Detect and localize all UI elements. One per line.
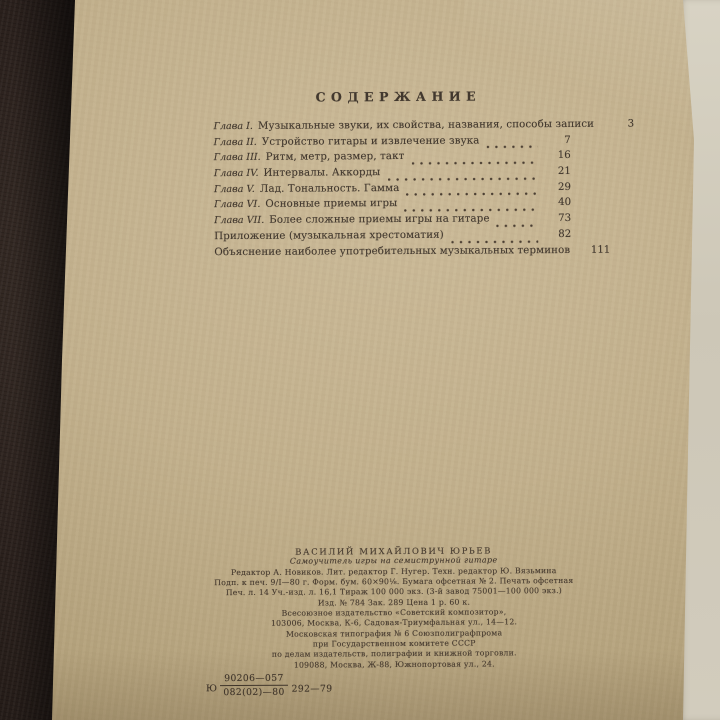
toc-page-number: 82 bbox=[547, 229, 571, 240]
colophon-line: 109088, Москва, Ж-88, Южнопортовая ул., … bbox=[197, 659, 592, 672]
toc-page-number: 40 bbox=[547, 197, 571, 208]
colophon-line: Изд. № 784 Зак. 289 Цена 1 р. 60 к. bbox=[196, 597, 591, 610]
toc-row: Глава I. Музыкальные звуки, их свойства,… bbox=[214, 119, 571, 137]
toc-chapter-label: Глава II. bbox=[214, 137, 257, 148]
colophon-author: ВАСИЛИЙ МИХАЙЛОВИЧ ЮРЬЕВ bbox=[196, 545, 591, 558]
toc-entry-title: Лад. Тональность. Гамма bbox=[260, 183, 400, 195]
toc-row: Глава III. Ритм, метр, размер, такт 16 bbox=[214, 150, 571, 168]
colophon-book-title: Самоучитель игры на семиструнной гитаре bbox=[196, 555, 591, 568]
toc-dot-leader bbox=[411, 161, 537, 165]
toc-chapter-label: Глава VII. bbox=[214, 215, 264, 226]
colophon-line: Московская типография № 6 Союзполиграфпр… bbox=[197, 628, 592, 641]
page-corner-highlight bbox=[464, 0, 694, 150]
toc-dot-leader bbox=[497, 224, 539, 227]
toc-chapter-label: Глава IV. bbox=[214, 168, 259, 179]
catalog-code: Ю 90206—057 082(02)—80 292—79 bbox=[206, 672, 333, 698]
catalog-denominator: 082(02)—80 bbox=[220, 686, 287, 698]
table-of-contents: Глава I. Музыкальные звуки, их свойства,… bbox=[214, 119, 572, 262]
toc-row: Глава V. Лад. Тональность. Гамма 29 bbox=[214, 182, 571, 200]
page-content: СОДЕРЖАНИЕ Глава I. Музыкальные звуки, и… bbox=[0, 0, 720, 720]
toc-page-number: 3 bbox=[610, 119, 634, 130]
colophon-line: Печ. л. 14 Уч.-изд. л. 16,1 Тираж 100 00… bbox=[196, 586, 591, 599]
toc-row: Глава VII. Более сложные приемы игры на … bbox=[214, 213, 571, 231]
toc-page-number: 7 bbox=[547, 135, 571, 146]
catalog-fraction: 90206—057 082(02)—80 bbox=[220, 673, 287, 698]
colophon-line: Всесоюзное издательство «Советский компо… bbox=[197, 607, 592, 620]
catalog-suffix: 292—79 bbox=[292, 683, 333, 694]
toc-row: Приложение (музыкальная хрестоматия) 82 bbox=[214, 229, 571, 247]
catalog-numerator: 90206—057 bbox=[220, 673, 287, 686]
toc-chapter-label: Глава I. bbox=[214, 121, 253, 132]
toc-row: Объяснение наиболее употребительных музы… bbox=[214, 244, 571, 262]
toc-chapter-label: Глава III. bbox=[214, 152, 261, 163]
photo-of-book-page: СОДЕРЖАНИЕ Глава I. Музыкальные звуки, и… bbox=[0, 0, 720, 720]
toc-entry-title: Устройство гитары и извлечение звука bbox=[262, 135, 480, 147]
page-title: СОДЕРЖАНИЕ bbox=[238, 88, 558, 105]
toc-entry-title: Основные приемы игры bbox=[265, 198, 397, 210]
toc-dot-leader bbox=[406, 193, 538, 197]
contents-page: СОДЕРЖАНИЕ Глава I. Музыкальные звуки, и… bbox=[0, 0, 720, 720]
toc-dot-leader bbox=[387, 177, 537, 181]
toc-row: Глава VI. Основные приемы игры 40 bbox=[214, 197, 571, 215]
toc-entry-title: Интервалы. Аккорды bbox=[263, 167, 380, 179]
colophon-line: Подп. к печ. 9/I—80 г. Форм. бум. 60×90⅛… bbox=[196, 576, 591, 589]
toc-entry-title: Музыкальные звуки, их свойства, названия… bbox=[258, 119, 594, 132]
colophon-block: ВАСИЛИЙ МИХАЙЛОВИЧ ЮРЬЕВ Самоучитель игр… bbox=[196, 545, 592, 672]
colophon-line: при Государственном комитете СССР bbox=[197, 638, 592, 651]
toc-page-number: 29 bbox=[547, 182, 571, 193]
colophon-line: по делам издательств, полиграфии и книжн… bbox=[197, 648, 592, 661]
toc-chapter-label: Глава VI. bbox=[214, 199, 260, 210]
toc-page-number: 73 bbox=[547, 213, 571, 224]
toc-dot-leader bbox=[487, 146, 538, 149]
toc-chapter-label: Глава V. bbox=[214, 184, 255, 195]
toc-entry-title: Ритм, метр, размер, такт bbox=[266, 151, 405, 163]
toc-dot-leader bbox=[404, 208, 538, 212]
toc-page-number: 16 bbox=[547, 150, 571, 161]
catalog-prefix: Ю bbox=[206, 683, 217, 694]
toc-entry-title: Приложение (музыкальная хрестоматия) bbox=[214, 230, 444, 242]
colophon-line: Редактор А. Новиков. Лит. редактор Г. Ну… bbox=[196, 566, 591, 579]
toc-page-number: 111 bbox=[586, 244, 610, 255]
colophon-line: 103006, Москва, К-6, Садовая-Триумфальна… bbox=[197, 617, 592, 630]
toc-entry-title: Более сложные приемы игры на гитаре bbox=[269, 214, 489, 226]
toc-page-number: 21 bbox=[547, 166, 571, 177]
toc-row: Глава II. Устройство гитары и извлечение… bbox=[214, 135, 571, 153]
toc-dot-leader bbox=[451, 240, 538, 244]
toc-row: Глава IV. Интервалы. Аккорды 21 bbox=[214, 166, 571, 184]
toc-entry-title: Объяснение наиболее употребительных музы… bbox=[214, 244, 570, 257]
